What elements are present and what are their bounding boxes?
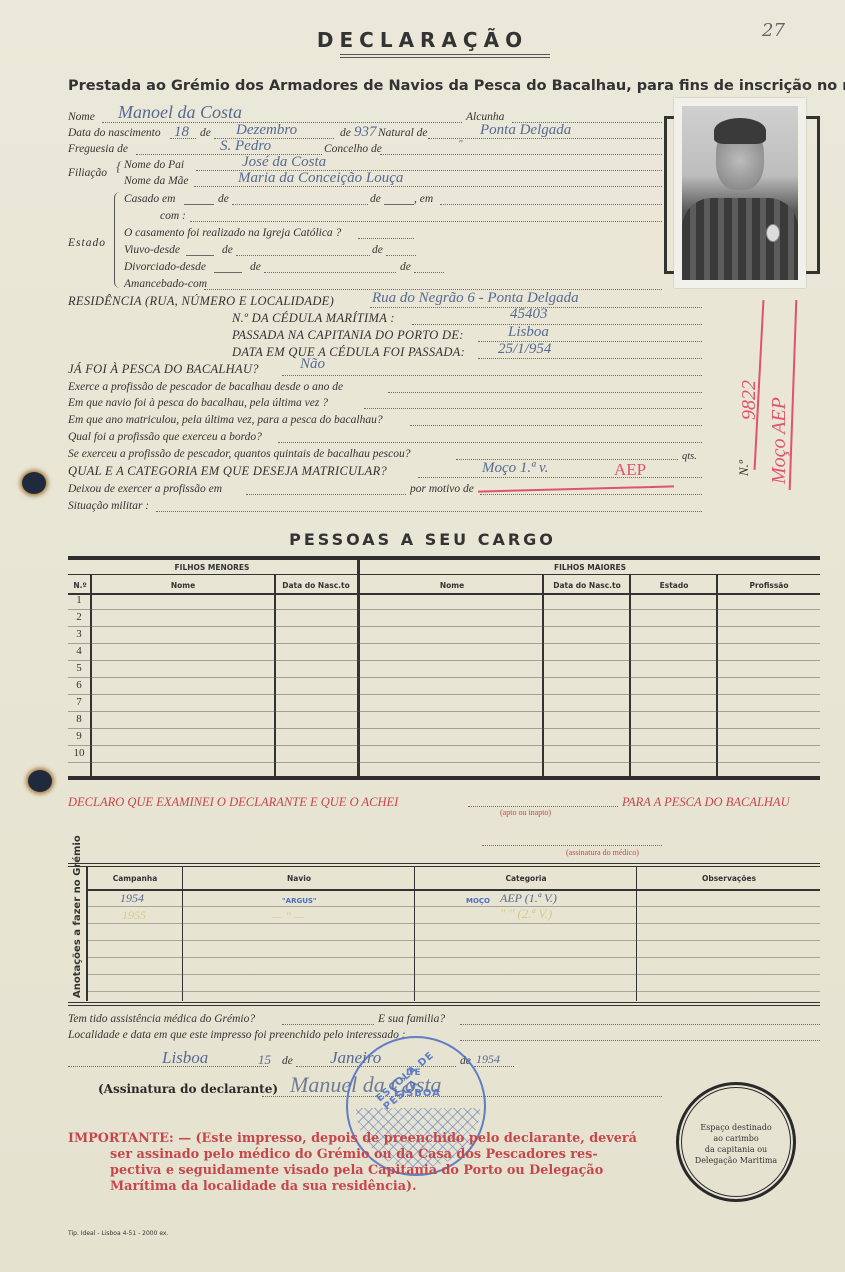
categoria-field[interactable]	[418, 477, 702, 478]
side-number: 9822	[738, 380, 761, 420]
desde-field[interactable]	[388, 392, 702, 393]
important-line: (Este impresso, depois de preenchido pel…	[196, 1131, 637, 1146]
brace: {	[116, 160, 122, 176]
rule	[68, 1002, 820, 1003]
local-year: 1954	[476, 1052, 500, 1067]
data-cedula-label: DATA EM QUE A CÉDULA FOI PASSADA:	[232, 345, 465, 360]
seal-line: Delegação Maritima	[676, 1155, 796, 1166]
navio-1: "ARGUS"	[282, 897, 317, 905]
menores-header: FILHOS MENORES	[68, 563, 356, 572]
rule	[68, 1005, 820, 1006]
applicant-photo	[674, 98, 806, 288]
stamp-text: LISBOA	[394, 1088, 441, 1099]
viuvo-label: Viuvo-desde	[124, 244, 180, 256]
side-category: Moço AEP	[768, 397, 791, 484]
printer-imprint: Tip. Ideal - Lisboa 4-51 - 2000 ex.	[68, 1230, 168, 1237]
seal-line: ao carimbo	[676, 1133, 796, 1144]
viuvo-day-field[interactable]	[186, 255, 214, 256]
local-day: 15	[258, 1052, 271, 1068]
col-header-nome: Nome	[92, 581, 274, 590]
quintais-label: Se exerceu a profissão de pescador, quan…	[68, 448, 411, 460]
categoria-hand-2: " " (2.ª V.)	[500, 906, 552, 922]
pesca-field[interactable]	[282, 375, 702, 376]
de-label: de	[282, 1055, 293, 1067]
casado-local-field[interactable]	[440, 204, 662, 205]
col-header-categoria: Categoria	[416, 874, 636, 883]
mae-value: Maria da Conceição Louça	[238, 170, 403, 187]
natural-value: Ponta Delgada	[480, 122, 571, 139]
militar-field[interactable]	[156, 511, 702, 512]
militar-label: Situação militar :	[68, 500, 149, 512]
cedula-value: 45403	[510, 306, 548, 323]
assistencia-field[interactable]	[282, 1024, 374, 1025]
freguesia-label: Freguesia de	[68, 143, 128, 155]
pesca-value: Não	[300, 356, 325, 373]
em-label: , em	[414, 193, 433, 205]
red-underline	[478, 485, 674, 492]
div-day-field[interactable]	[214, 272, 242, 273]
viuvo-month-field[interactable]	[236, 255, 370, 256]
section-title: PESSOAS A SEU CARGO	[0, 530, 845, 549]
declaration-form: DECLARAÇÃO 27 Prestada ao Grémio dos Arm…	[0, 0, 845, 1272]
de-label: de	[250, 261, 261, 273]
table-top-rule	[68, 556, 820, 560]
divorciado-label: Divorciado-desde	[124, 261, 206, 273]
pesca-label: JÁ FOI À PESCA DO BACALHAU?	[68, 362, 259, 377]
declaro-label: DECLARO QUE EXAMINEI O DECLARANTE E QUE …	[68, 795, 398, 810]
de-label: de	[372, 244, 383, 256]
dependents-grid-lines[interactable]	[68, 593, 820, 763]
cedula-field[interactable]	[412, 324, 702, 325]
campanha-1: 1954	[120, 891, 144, 906]
categoria-label: QUAL E A CATEGORIA EM QUE DESEJA MATRICU…	[68, 464, 387, 479]
nascimento-day: 18	[174, 124, 189, 141]
freguesia-value: S. Pedro	[220, 138, 271, 155]
de-label: de	[222, 244, 233, 256]
stamp-text: DE	[406, 1068, 422, 1078]
filiacao-label: Filiação	[68, 167, 107, 179]
important-notice: IMPORTANTE: — (Este impresso, depois de …	[68, 1131, 658, 1195]
important-line: ser assinado pelo médico do Grémio ou da…	[68, 1147, 658, 1163]
apto-field[interactable]	[468, 806, 618, 807]
rule	[68, 863, 820, 864]
motivo-field[interactable]	[480, 494, 702, 495]
local-value: Lisboa	[162, 1048, 208, 1068]
casado-day-field[interactable]	[184, 204, 214, 205]
nascimento-label: Data do nascimento	[68, 127, 161, 139]
nascimento-year: 937	[354, 124, 377, 141]
div-year-field[interactable]	[414, 272, 444, 273]
capitania-label: PASSADA NA CAPITANIA DO PORTO DE:	[232, 328, 464, 343]
medico-signature-field[interactable]	[482, 845, 662, 846]
punch-hole	[22, 472, 46, 494]
de-label: de	[200, 127, 211, 139]
residencia-value: Rua do Negrão 6 - Ponta Delgada	[372, 290, 579, 307]
deixou-label: Deixou de exercer a profissão em	[68, 483, 222, 495]
de-label: de	[340, 127, 351, 139]
div-month-field[interactable]	[264, 272, 396, 273]
igreja-label: O casamento foi realizado na Igreja Cató…	[124, 227, 341, 239]
concelho-field[interactable]	[380, 154, 662, 155]
important-line: pectiva e seguidamente visado pela Capit…	[68, 1163, 658, 1179]
capitania-value: Lisboa	[508, 324, 549, 341]
concelho-label: Concelho de	[324, 143, 382, 155]
rule	[68, 574, 820, 575]
ano-field[interactable]	[410, 425, 702, 426]
col-header-nasc-maiores: Data do Nasc.to	[544, 581, 630, 590]
cedula-label: N.º DA CÉDULA MARÍTIMA :	[232, 311, 395, 326]
motivo-label: por motivo de	[410, 483, 474, 495]
col-header-nasc: Data do Nasc.to	[276, 581, 356, 590]
page-title: DECLARAÇÃO	[0, 28, 845, 52]
col-header-campanha: Campanha	[88, 874, 182, 883]
page-number: 27	[762, 20, 785, 41]
col-header-profissao: Profissão	[718, 581, 820, 590]
com-field[interactable]	[190, 221, 662, 222]
important-title: IMPORTANTE: —	[68, 1131, 196, 1146]
important-line: Marítima da localidade da sua residência…	[68, 1179, 658, 1195]
campanha-2: 1955	[122, 908, 146, 923]
rule	[68, 866, 820, 867]
categoria-hand-1: AEP (1.ª V.)	[500, 891, 557, 906]
col-header-estado: Estado	[632, 581, 716, 590]
nome-label: Nome	[68, 111, 95, 123]
quintais-unit: qts.	[682, 451, 697, 462]
categoria-value: Moço 1.ª v.	[482, 460, 548, 477]
seal-line: da capitania ou	[676, 1144, 796, 1155]
col-header-observacoes: Observações	[638, 874, 820, 883]
col-header-nome-maiores: Nome	[362, 581, 542, 590]
assistencia-label: Tem tido assistência médica do Grémio?	[68, 1013, 255, 1025]
ano-label: Em que ano matriculou, pela última vez, …	[68, 414, 383, 426]
annotations-grid-lines[interactable]	[88, 890, 820, 998]
casado-label: Casado em	[124, 193, 175, 205]
navio-label: Em que navio foi à pesca do bacalhau, pe…	[68, 397, 328, 409]
side-no-label: N.º	[736, 460, 752, 476]
familia-label: E sua familia?	[378, 1013, 445, 1025]
viuvo-year-field[interactable]	[386, 255, 416, 256]
de-label: de	[218, 193, 229, 205]
com-label: com :	[160, 210, 186, 222]
profissao-field[interactable]	[278, 442, 702, 443]
maiores-header: FILHOS MAIORES	[360, 563, 820, 572]
categoria-typed-1: MOÇO	[466, 897, 490, 905]
col-header-no: N.º	[68, 581, 92, 590]
natural-label: Natural de	[378, 127, 428, 139]
amancebado-label: Amancebado-com	[124, 278, 207, 290]
deixou-field[interactable]	[246, 494, 406, 495]
seal-line: Espaço destinado	[676, 1122, 796, 1133]
data-cedula-value: 25/1/954	[498, 341, 551, 358]
profissao-label: Qual foi a profissão que exerceu a bordo…	[68, 431, 262, 443]
table-bottom-rule	[68, 776, 820, 780]
nome-value: Manoel da Costa	[118, 102, 242, 123]
concelho-value: "	[458, 138, 463, 150]
de-label: de	[400, 261, 411, 273]
seal-caption: Espaço destinado ao carimbo da capitania…	[676, 1122, 796, 1166]
para-label: PARA A PESCA DO BACALHAU	[622, 795, 790, 810]
title-underline	[340, 54, 550, 58]
casado-month-field[interactable]	[232, 204, 368, 205]
estado-brace	[114, 192, 120, 288]
igreja-field[interactable]	[358, 238, 414, 239]
residencia-label: RESIDÊNCIA (RUA, NÚMERO E LOCALIDADE)	[68, 294, 334, 309]
assinatura-label: (Assinatura do declarante)	[98, 1082, 278, 1096]
pai-value: José da Costa	[242, 154, 326, 171]
navio-2: — " —	[272, 909, 304, 924]
navio-field[interactable]	[364, 408, 702, 409]
punch-hole	[28, 770, 52, 792]
anotacoes-label: Anotações a fazer no Grémio	[72, 835, 83, 998]
casado-year-field[interactable]	[384, 204, 414, 205]
estado-label: Estado	[68, 237, 106, 249]
localidade-field[interactable]	[460, 1040, 820, 1041]
de-label: de	[370, 193, 381, 205]
nascimento-month: Dezembro	[236, 122, 297, 139]
apto-caption: (apto ou inapto)	[500, 808, 551, 817]
desde-label: Exerce a profissão de pescador de bacalh…	[68, 381, 343, 393]
col-header-navio: Navio	[184, 874, 414, 883]
assinatura-medico-caption: (assinatura do médico)	[566, 848, 639, 857]
mae-label: Nome da Mãe	[124, 175, 189, 187]
categoria-value-red: AEP	[614, 460, 646, 480]
familia-field[interactable]	[460, 1024, 820, 1025]
form-subtitle: Prestada ao Grémio dos Armadores de Navi…	[68, 78, 845, 94]
data-cedula-field[interactable]	[478, 358, 702, 359]
pai-label: Nome do Pai	[124, 159, 184, 171]
localidade-label: Localidade e data em que este impresso f…	[68, 1029, 406, 1041]
